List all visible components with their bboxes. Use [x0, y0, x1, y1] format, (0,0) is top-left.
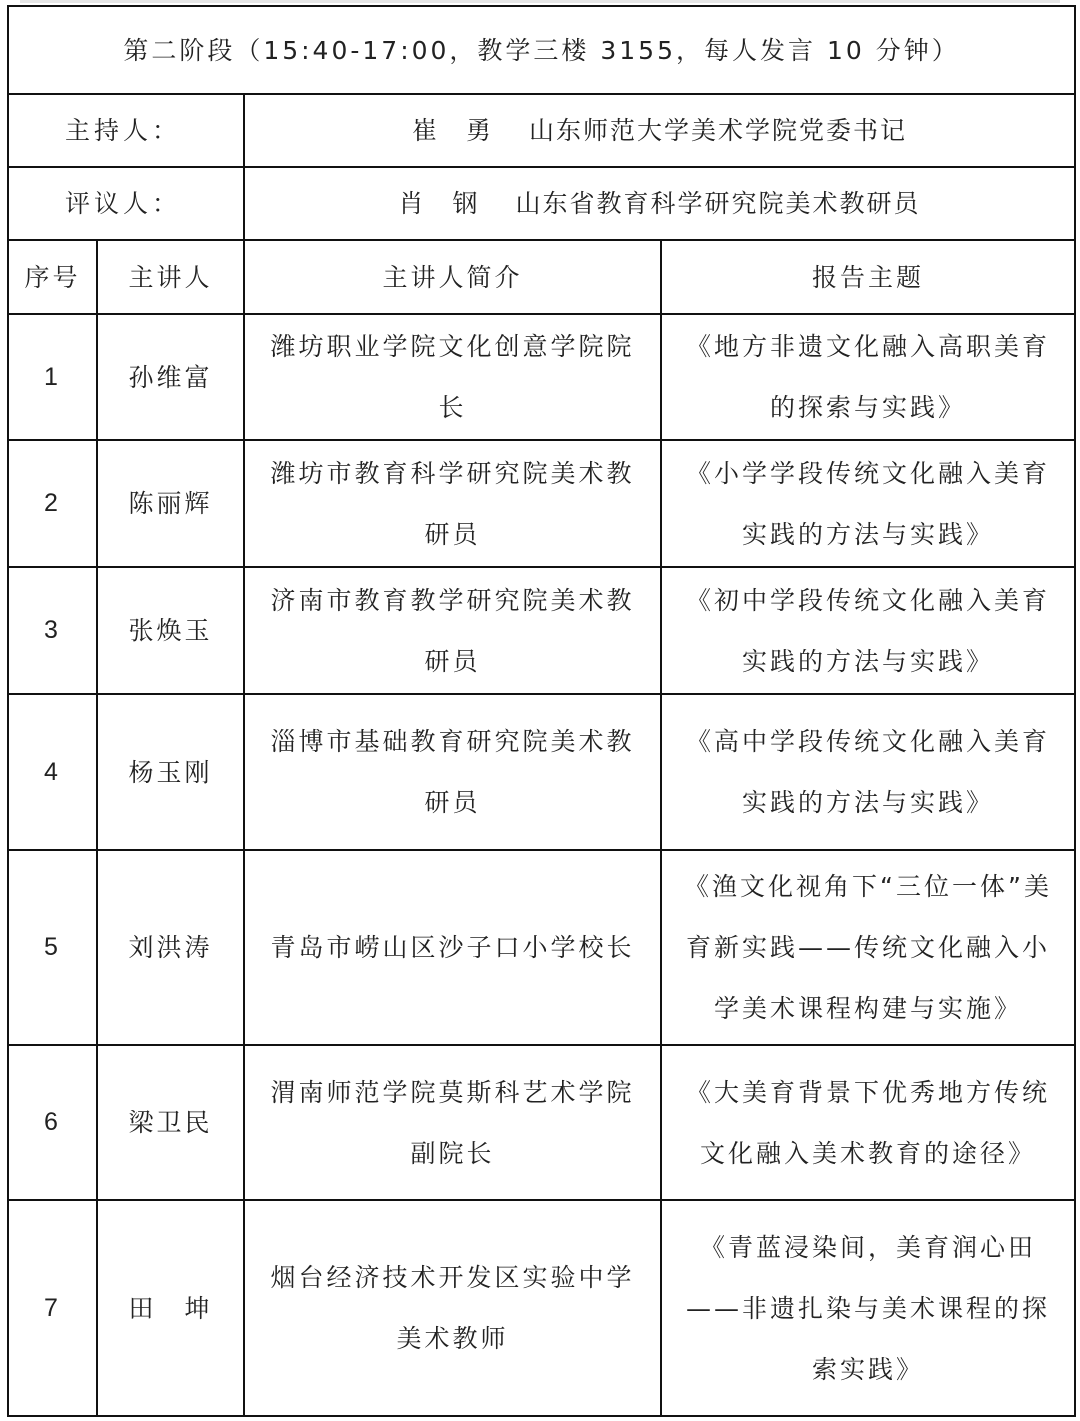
page-top-edge — [20, 0, 1060, 3]
table-row: 1 孙维富 潍坊职业学院文化创意学院院长 《地方非遗文化融入高职美育的探索与实践… — [8, 314, 1075, 440]
schedule-table: 第二阶段（15:40-17:00，教学三楼 3155，每人发言 10 分钟） 主… — [7, 5, 1076, 1417]
row-number: 4 — [8, 694, 97, 850]
table-header-row: 序号 主讲人 主讲人简介 报告主题 — [8, 240, 1075, 314]
speaker-intro: 潍坊职业学院文化创意学院院长 — [244, 314, 661, 440]
reviewer-row: 评议人： 肖 钢山东省教育科学研究院美术教研员 — [8, 167, 1075, 240]
table-row: 6 梁卫民 渭南师范学院莫斯科艺术学院副院长 《大美育背景下优秀地方传统文化融入… — [8, 1045, 1075, 1200]
table-row: 3 张焕玉 济南市教育教学研究院美术教研员 《初中学段传统文化融入美育实践的方法… — [8, 567, 1075, 694]
report-topic: 《渔文化视角下“三位一体”美育新实践——传统文化融入小学美术课程构建与实施》 — [661, 850, 1075, 1045]
row-number: 2 — [8, 440, 97, 567]
speaker-intro: 淄博市基础教育研究院美术教研员 — [244, 694, 661, 850]
host-label: 主持人： — [8, 94, 244, 167]
table-row: 2 陈丽辉 潍坊市教育科学研究院美术教研员 《小学学段传统文化融入美育实践的方法… — [8, 440, 1075, 567]
report-topic: 《大美育背景下优秀地方传统文化融入美术教育的途径》 — [661, 1045, 1075, 1200]
speaker-name: 田 坤 — [97, 1200, 244, 1416]
report-topic: 《青蓝浸染间，美育润心田——非遗扎染与美术课程的探索实践》 — [661, 1200, 1075, 1416]
header-number: 序号 — [8, 240, 97, 314]
reviewer-title: 山东省教育科学研究院美术教研员 — [516, 189, 921, 218]
speaker-name: 陈丽辉 — [97, 440, 244, 567]
stage-header-row: 第二阶段（15:40-17:00，教学三楼 3155，每人发言 10 分钟） — [8, 6, 1075, 94]
row-number: 6 — [8, 1045, 97, 1200]
speaker-name: 杨玉刚 — [97, 694, 244, 850]
row-number: 1 — [8, 314, 97, 440]
row-number: 7 — [8, 1200, 97, 1416]
speaker-name: 梁卫民 — [97, 1045, 244, 1200]
host-value: 崔 勇山东师范大学美术学院党委书记 — [244, 94, 1075, 167]
stage-title: 第二阶段（15:40-17:00，教学三楼 3155，每人发言 10 分钟） — [8, 6, 1075, 94]
speaker-intro: 烟台经济技术开发区实验中学美术教师 — [244, 1200, 661, 1416]
report-topic: 《地方非遗文化融入高职美育的探索与实践》 — [661, 314, 1075, 440]
reviewer-name: 肖 钢 — [398, 189, 479, 218]
report-topic: 《小学学段传统文化融入美育实践的方法与实践》 — [661, 440, 1075, 567]
header-speaker: 主讲人 — [97, 240, 244, 314]
speaker-name: 刘洪涛 — [97, 850, 244, 1045]
table-row: 7 田 坤 烟台经济技术开发区实验中学美术教师 《青蓝浸染间，美育润心田——非遗… — [8, 1200, 1075, 1416]
speaker-name: 张焕玉 — [97, 567, 244, 694]
reviewer-value: 肖 钢山东省教育科学研究院美术教研员 — [244, 167, 1075, 240]
speaker-name: 孙维富 — [97, 314, 244, 440]
report-topic: 《初中学段传统文化融入美育实践的方法与实践》 — [661, 567, 1075, 694]
row-number: 3 — [8, 567, 97, 694]
header-report-topic: 报告主题 — [661, 240, 1075, 314]
row-number: 5 — [8, 850, 97, 1045]
host-title: 山东师范大学美术学院党委书记 — [529, 116, 907, 145]
host-row: 主持人： 崔 勇山东师范大学美术学院党委书记 — [8, 94, 1075, 167]
table-row: 5 刘洪涛 青岛市崂山区沙子口小学校长 《渔文化视角下“三位一体”美育新实践——… — [8, 850, 1075, 1045]
header-speaker-intro: 主讲人简介 — [244, 240, 661, 314]
report-topic: 《高中学段传统文化融入美育实践的方法与实践》 — [661, 694, 1075, 850]
speaker-intro: 济南市教育教学研究院美术教研员 — [244, 567, 661, 694]
host-name: 崔 勇 — [412, 116, 493, 145]
reviewer-label: 评议人： — [8, 167, 244, 240]
speaker-intro: 潍坊市教育科学研究院美术教研员 — [244, 440, 661, 567]
table-row: 4 杨玉刚 淄博市基础教育研究院美术教研员 《高中学段传统文化融入美育实践的方法… — [8, 694, 1075, 850]
speaker-intro: 青岛市崂山区沙子口小学校长 — [244, 850, 661, 1045]
speaker-intro: 渭南师范学院莫斯科艺术学院副院长 — [244, 1045, 661, 1200]
